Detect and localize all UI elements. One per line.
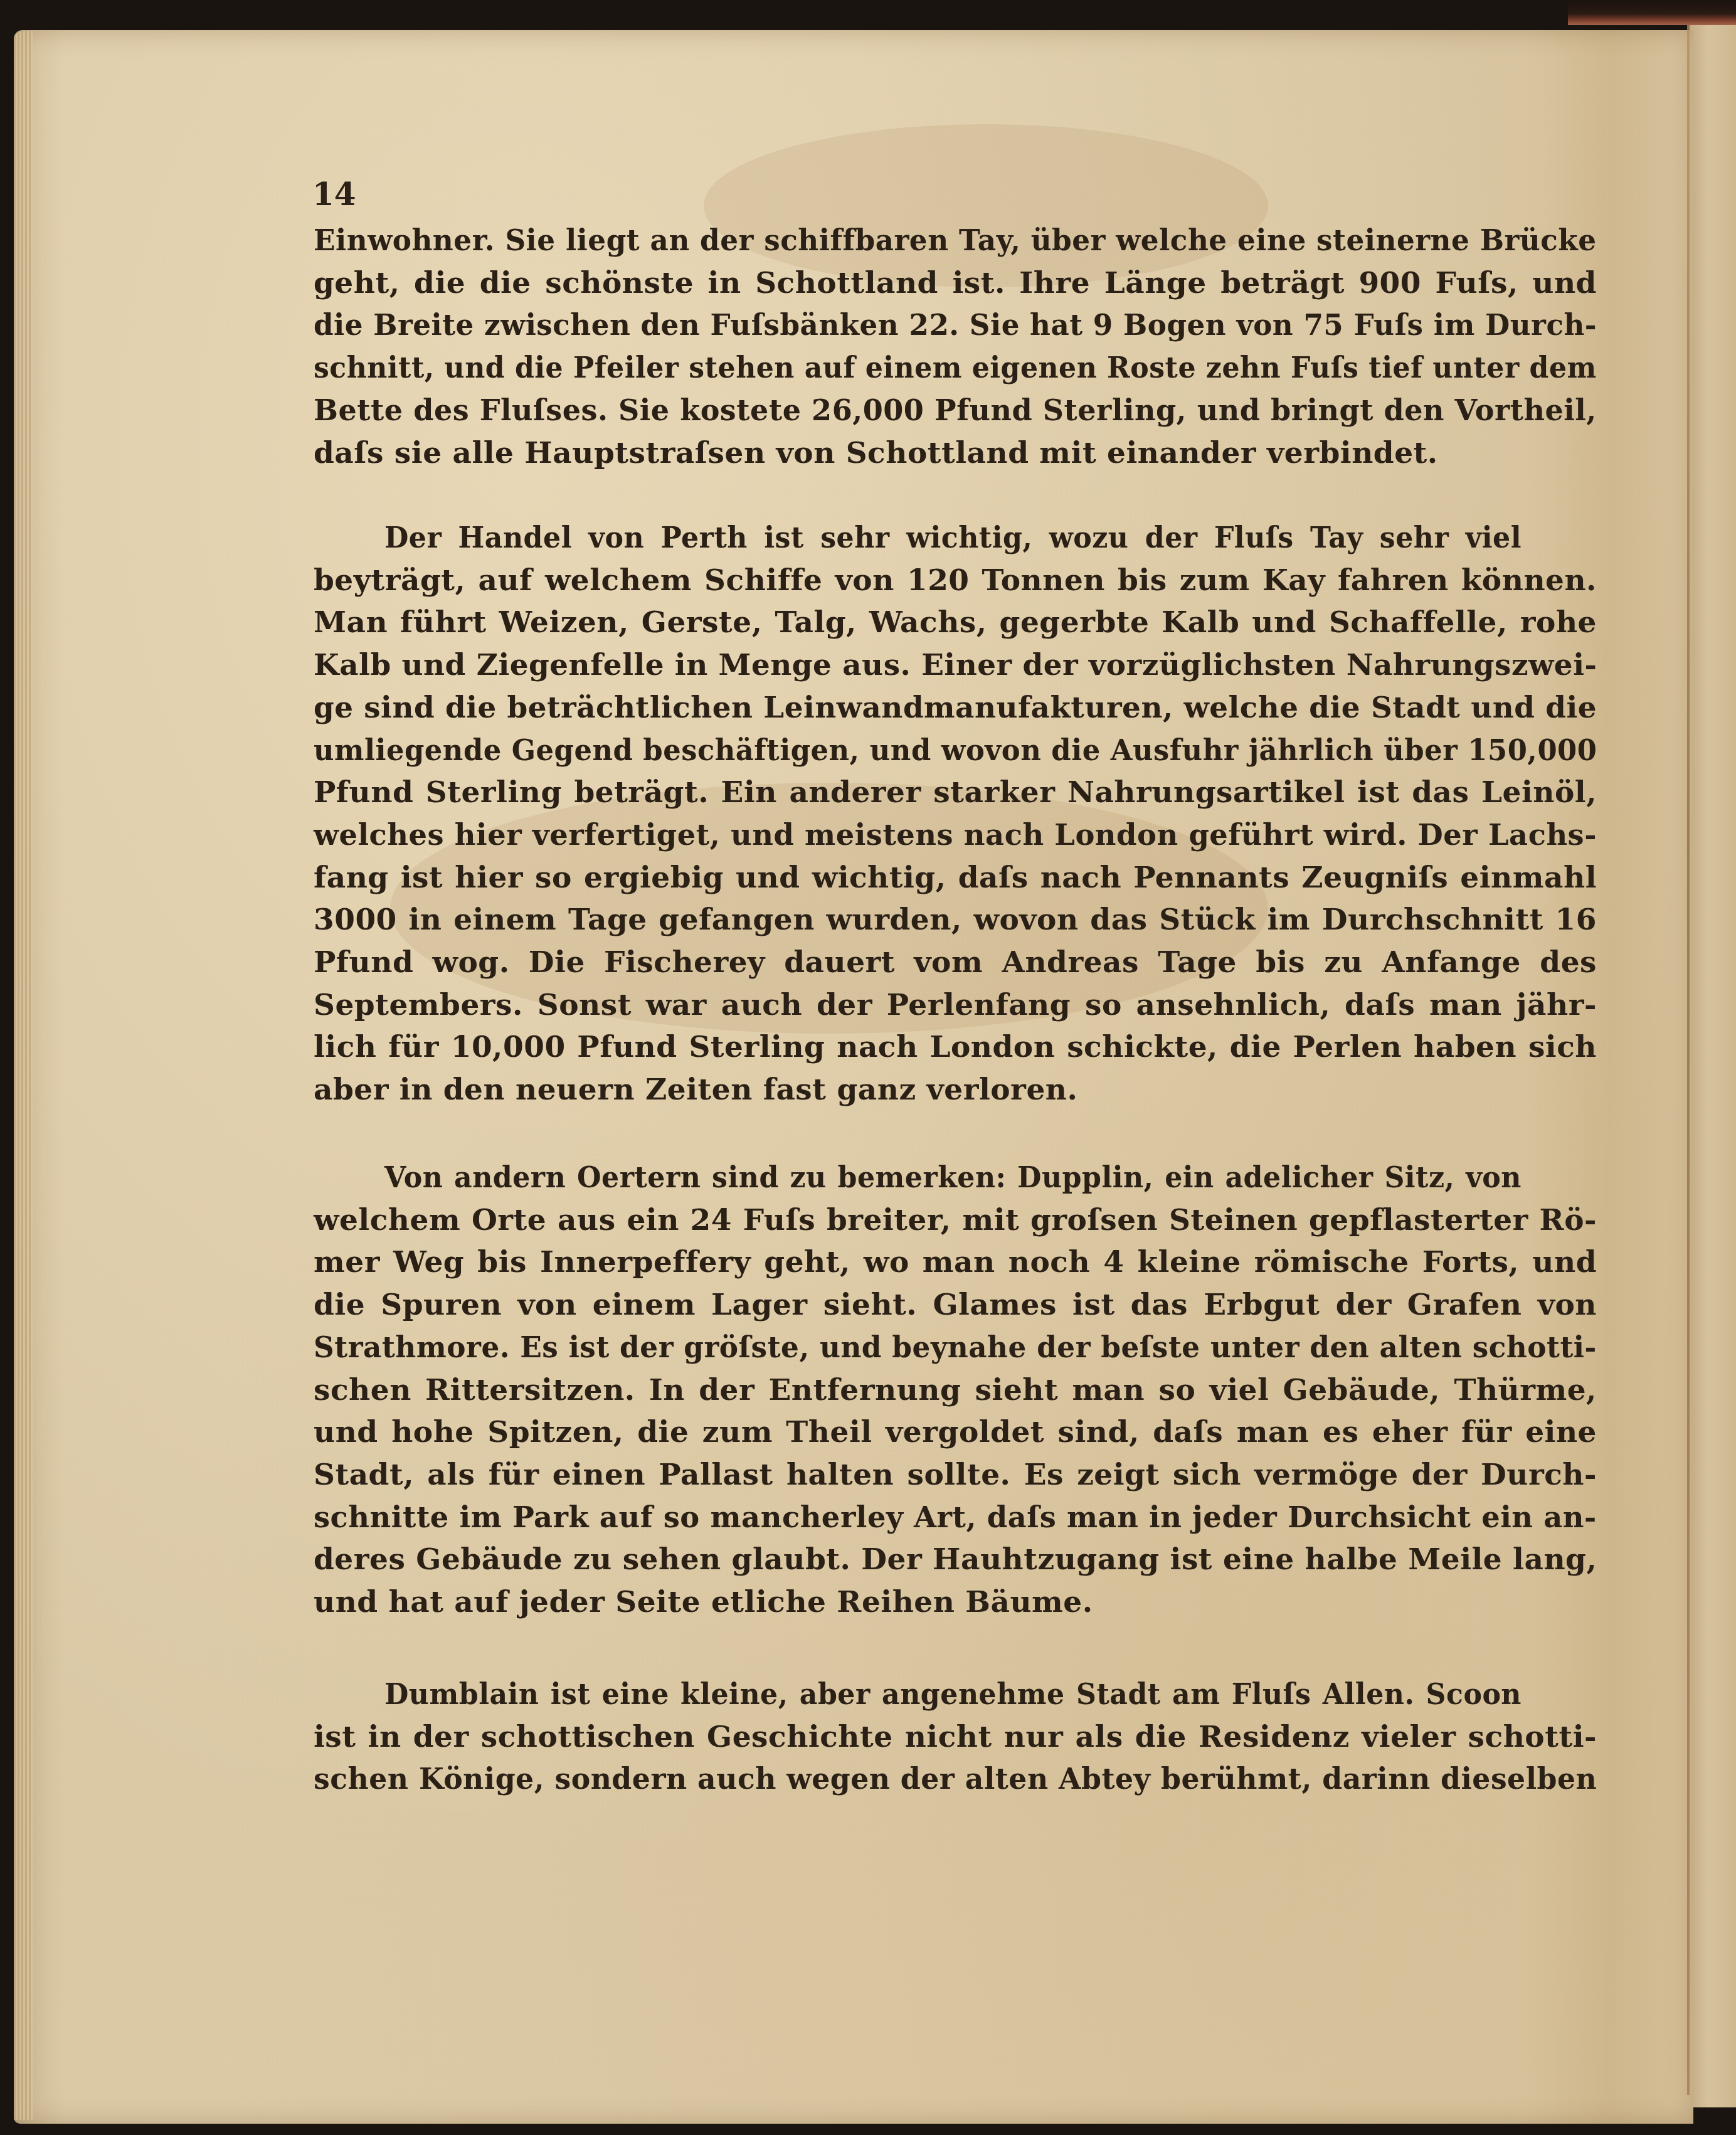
text-line: Dumblain ist eine kleine, aber angenehme… [314, 1673, 1522, 1716]
text-line: welches hier verfertiget, und meistens n… [314, 814, 1580, 857]
text-line: Man führt Weizen, Gerste, Talg, Wachs, g… [314, 601, 1597, 644]
text-line: Von andern Oertern sind zu bemerken: Dup… [314, 1157, 1522, 1199]
text-line: deres Gebäude zu sehen glaubt. Der Hauht… [314, 1539, 1597, 1581]
text-line: Pfund wog. Die Fischerey dauert vom Andr… [314, 941, 1597, 984]
text-line: schnitt, und die Pfeiler stehen auf eine… [314, 347, 1520, 389]
text-line: die Breite zwischen den Fuſsbänken 22. S… [314, 304, 1548, 347]
text-line: Septembers. Sonst war auch der Perlenfan… [314, 984, 1597, 1027]
text-line: lich für 10,000 Pfund Sterling nach Lond… [314, 1026, 1597, 1069]
text-line: Der Handel von Perth ist sehr wichtig, w… [314, 517, 1522, 559]
text-line: aber in den neuern Zeiten fast ganz verl… [314, 1069, 1597, 1111]
text-line: beyträgt, auf welchem Schiffe von 120 To… [314, 559, 1597, 602]
text-line: schen Könige, sondern auch wegen der alt… [314, 1758, 1562, 1801]
text-line: Stadt, als für einen Pallast halten soll… [314, 1454, 1597, 1497]
text-line: fang ist hier so ergiebig und wichtig, d… [314, 857, 1597, 899]
text-line: Einwohner. Sie liegt an der schiffbaren … [314, 220, 1552, 262]
text-line: und hohe Spitzen, die zum Theil vergolde… [314, 1411, 1597, 1454]
text-line: daſs sie alle Hauptstraſsen von Schottla… [314, 432, 1597, 475]
text-line: welchem Orte aus ein 24 Fuſs breiter, mi… [314, 1199, 1597, 1242]
adjacent-page-edge [1690, 25, 1736, 2107]
gutter-fold [1687, 25, 1690, 2095]
text-line: 3000 in einem Tage gefangen wurden, wovo… [314, 899, 1597, 941]
text-line: Kalb und Ziegenfelle in Menge aus. Einer… [314, 644, 1593, 687]
text-line: mer Weg bis Innerpeffery geht, wo man no… [314, 1241, 1597, 1284]
text-line: schnitte im Park auf so mancherley Art, … [314, 1497, 1580, 1539]
text-line: Strathmore. Es ist der gröſste, und beyn… [314, 1327, 1552, 1369]
text-line: die Spuren von einem Lager sieht. Glames… [314, 1284, 1597, 1327]
text-line: und hat auf jeder Seite etliche Reihen B… [314, 1581, 1597, 1624]
text-line: Pfund Sterling beträgt. Ein anderer star… [314, 771, 1597, 814]
text-line: ge sind die beträchtlichen Leinwandmanuf… [314, 687, 1591, 729]
text-line: umliegende Gegend beschäftigen, und wovo… [314, 729, 1538, 772]
page-stack-edges [14, 31, 33, 2120]
text-line: Bette des Fluſses. Sie kostete 26,000 Pf… [314, 389, 1572, 432]
text-line: ist in der schottischen Geschichte nicht… [314, 1716, 1597, 1759]
text-line: schen Rittersitzen. In der Entfernung si… [314, 1369, 1597, 1412]
book-binding-edge [1568, 0, 1736, 25]
page-number: 14 [312, 176, 356, 213]
text-line: geht, die die schönste in Schottland ist… [314, 262, 1597, 305]
